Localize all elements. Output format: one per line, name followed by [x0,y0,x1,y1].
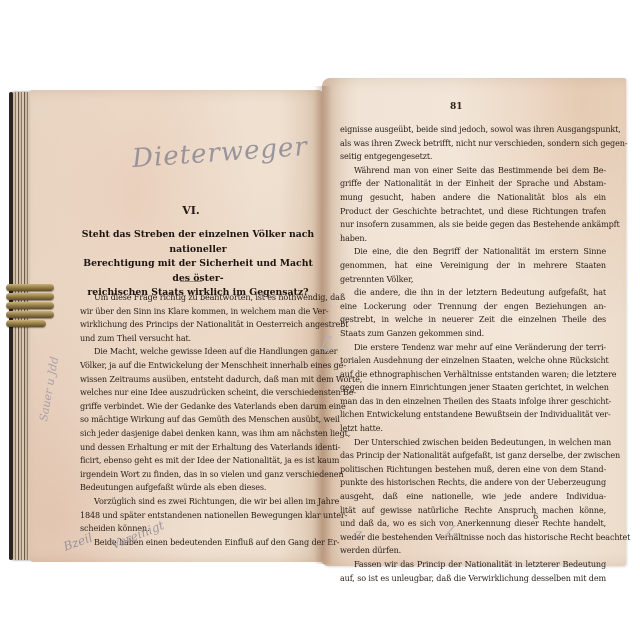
text-line: politischen Richtungen bestehen muß, der… [340,463,606,477]
text-line: Die eine, die den Begriff der Nationalit… [340,245,606,259]
text-line: wirklichung des Princips der Nationalitä… [80,318,308,332]
text-line: als was ihren Zweck betrifft, nicht nur … [340,137,606,151]
text-line: Vorzüglich sind es zwei Richtungen, die … [80,495,308,509]
text-line: die andere, die ihn in der letztern Bede… [340,286,606,300]
text-line: Product der Geschichte betrachtet, und d… [340,205,606,219]
text-line: Staats zum Ganzen gekommen sind. [340,327,606,341]
text-line: Während man von einer Seite das Bestimme… [340,164,606,178]
text-line: man das in den einzelnen Theilen des Sta… [340,395,606,409]
gutter-pencil-mark: ℒ [318,332,332,356]
chapter-number: VI. [60,204,322,217]
text-line: Um diese Frage richtig zu beantworten, i… [80,291,308,305]
chapter-title: Steht das Streben der einzelnen Völker n… [78,228,318,301]
text-line: Völker, ja auf die Entwickelung der Mens… [80,359,308,373]
text-line: ausgeht, daß eine nationelle, wie jede a… [340,490,606,504]
text-line: eine Lockerung oder Trennung der engen B… [340,300,606,314]
bottom-pencil-note: Z. [445,522,460,540]
text-line: haben. [340,232,606,246]
text-line: Die erstere Tendenz war mehr auf eine Ve… [340,341,606,355]
brass-binding-clip [6,284,56,330]
text-line: und dessen Erhaltung er mit der Erhaltun… [80,441,308,455]
text-line: sich jeder dasjenige dabei denken kann, … [80,427,308,441]
bottom-pencil-note: Z [355,531,362,542]
text-line: lichen Entwickelung entstandene Bewußtse… [340,408,606,422]
title-divider [180,281,202,282]
text-line: auf, so ist es unleugbar, daß die Verwir… [340,572,606,586]
text-line: Der Unterschied zwischen beiden Bedeutun… [340,436,606,450]
chapter-title-line: Steht das Streben der einzelnen Völker n… [78,228,318,257]
text-line: letzt hatte. [340,422,606,436]
text-line: ficirt, ebenso geht es mit der Idee der … [80,454,308,468]
text-line: irgendein Wort zu finden, das in so viel… [80,468,308,482]
open-book-photo: Dieterweger VI. Steht das Streben der ei… [0,0,640,640]
text-line: auf die ethnographischen Verhältnisse en… [340,368,606,382]
text-line: wir über den Sinn ins Klare kommen, in w… [80,305,308,319]
text-line: lität auf gewisse natürliche Rechte Ansp… [340,504,606,518]
text-line: und daß da, wo es sich von Anerkennung d… [340,517,606,531]
text-line: genommen, hat eine Vereinigung der in me… [340,259,606,273]
printer-signature-mark: 6 [533,512,538,522]
text-line: Bedeutungen aufgefaßt würde als eben die… [80,481,308,495]
left-page-body-text: Um diese Frage richtig zu beantworten, i… [80,291,308,549]
text-line: griffe der Nationalität in der Einheit d… [340,177,606,191]
right-page-body-text: eignisse ausgeübt, beide sind jedoch, so… [340,123,606,585]
text-line: wissen Zeitraums ausüben, entsteht dadur… [80,373,308,387]
text-line: gestrebt, in welche in neuerer Zeit die … [340,313,606,327]
text-line: weder die bestehenden Verhältnisse noch … [340,531,606,545]
text-line: mung gesucht, haben andere die Nationali… [340,191,606,205]
text-line: seitig entgegengesetzt. [340,150,606,164]
text-line: Fassen wir das Princip der Nationalität … [340,558,606,572]
text-line: torialen Ausdehnung der einzelnen Staate… [340,354,606,368]
text-line: welches nur eine Idee auszudrücken schei… [80,386,308,400]
text-line: das Princip der Nationalität aufgefaßt, … [340,449,606,463]
text-line: getrennten Völker, [340,273,606,287]
text-line: so mächtige Wirkung auf das Gemüth des M… [80,413,308,427]
text-line: eignisse ausgeübt, beide sind jedoch, so… [340,123,606,137]
text-line: gegen die innern Einrichtungen jener Sta… [340,381,606,395]
text-line: nur insofern zusammen, als sie beide geg… [340,218,606,232]
text-line: 1848 und später entstandenen nationellen… [80,509,308,523]
page-number: 81 [450,102,463,112]
text-line: griffe verbindet. Wie der Gedanke des Va… [80,400,308,414]
text-line: werden dürfen. [340,544,606,558]
text-line: Die Macht, welche gewisse Ideen auf die … [80,345,308,359]
text-line: punkte des historischen Rechts, die ande… [340,476,606,490]
text-line: und zum Theil versucht hat. [80,332,308,346]
text-line: scheiden können. [80,522,308,536]
